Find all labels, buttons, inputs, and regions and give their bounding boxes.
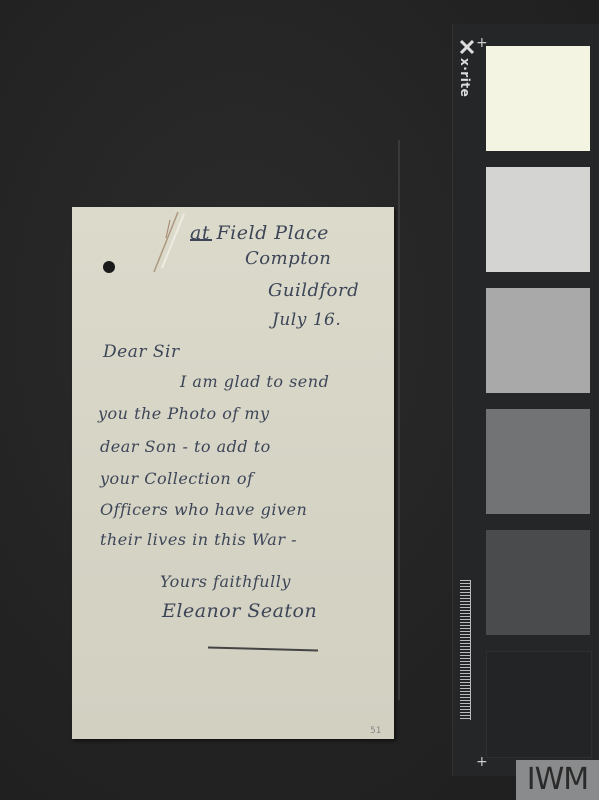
letter-date: July 16. [272,310,341,330]
body-line-4: your Collection of [100,469,253,488]
brand-label: x·rite [458,58,472,97]
patch-light-gray [486,167,590,272]
salutation: Dear Sir [103,342,180,362]
patch-mid-gray [486,409,590,514]
body-line-5: Officers who have given [100,500,307,519]
patch-dark-gray [486,530,590,635]
patch-black [486,651,592,758]
xrite-logo: x·rite [458,40,476,92]
punch-hole [103,261,115,273]
body-line-1: I am glad to send [180,372,329,391]
xrite-mark-icon [460,40,474,54]
address-line-3: Guildford [268,280,359,301]
mm-ruler [460,580,471,720]
paper-crease [148,210,188,280]
shadow-edge [398,140,400,700]
folio-number: 51 [370,726,381,736]
patch-white [486,46,590,151]
closing: Yours faithfully [160,572,291,591]
body-line-6: their lives in this War - [100,530,297,549]
iwm-watermark: IWM [516,760,599,800]
address-line-2: Compton [245,248,331,269]
patch-mid-light-gray [486,288,590,393]
address-underline [190,239,212,241]
body-line-3: dear Son - to add to [100,437,271,456]
signature: Eleanor Seaton [162,600,317,622]
body-line-2: you the Photo of my [98,404,270,423]
